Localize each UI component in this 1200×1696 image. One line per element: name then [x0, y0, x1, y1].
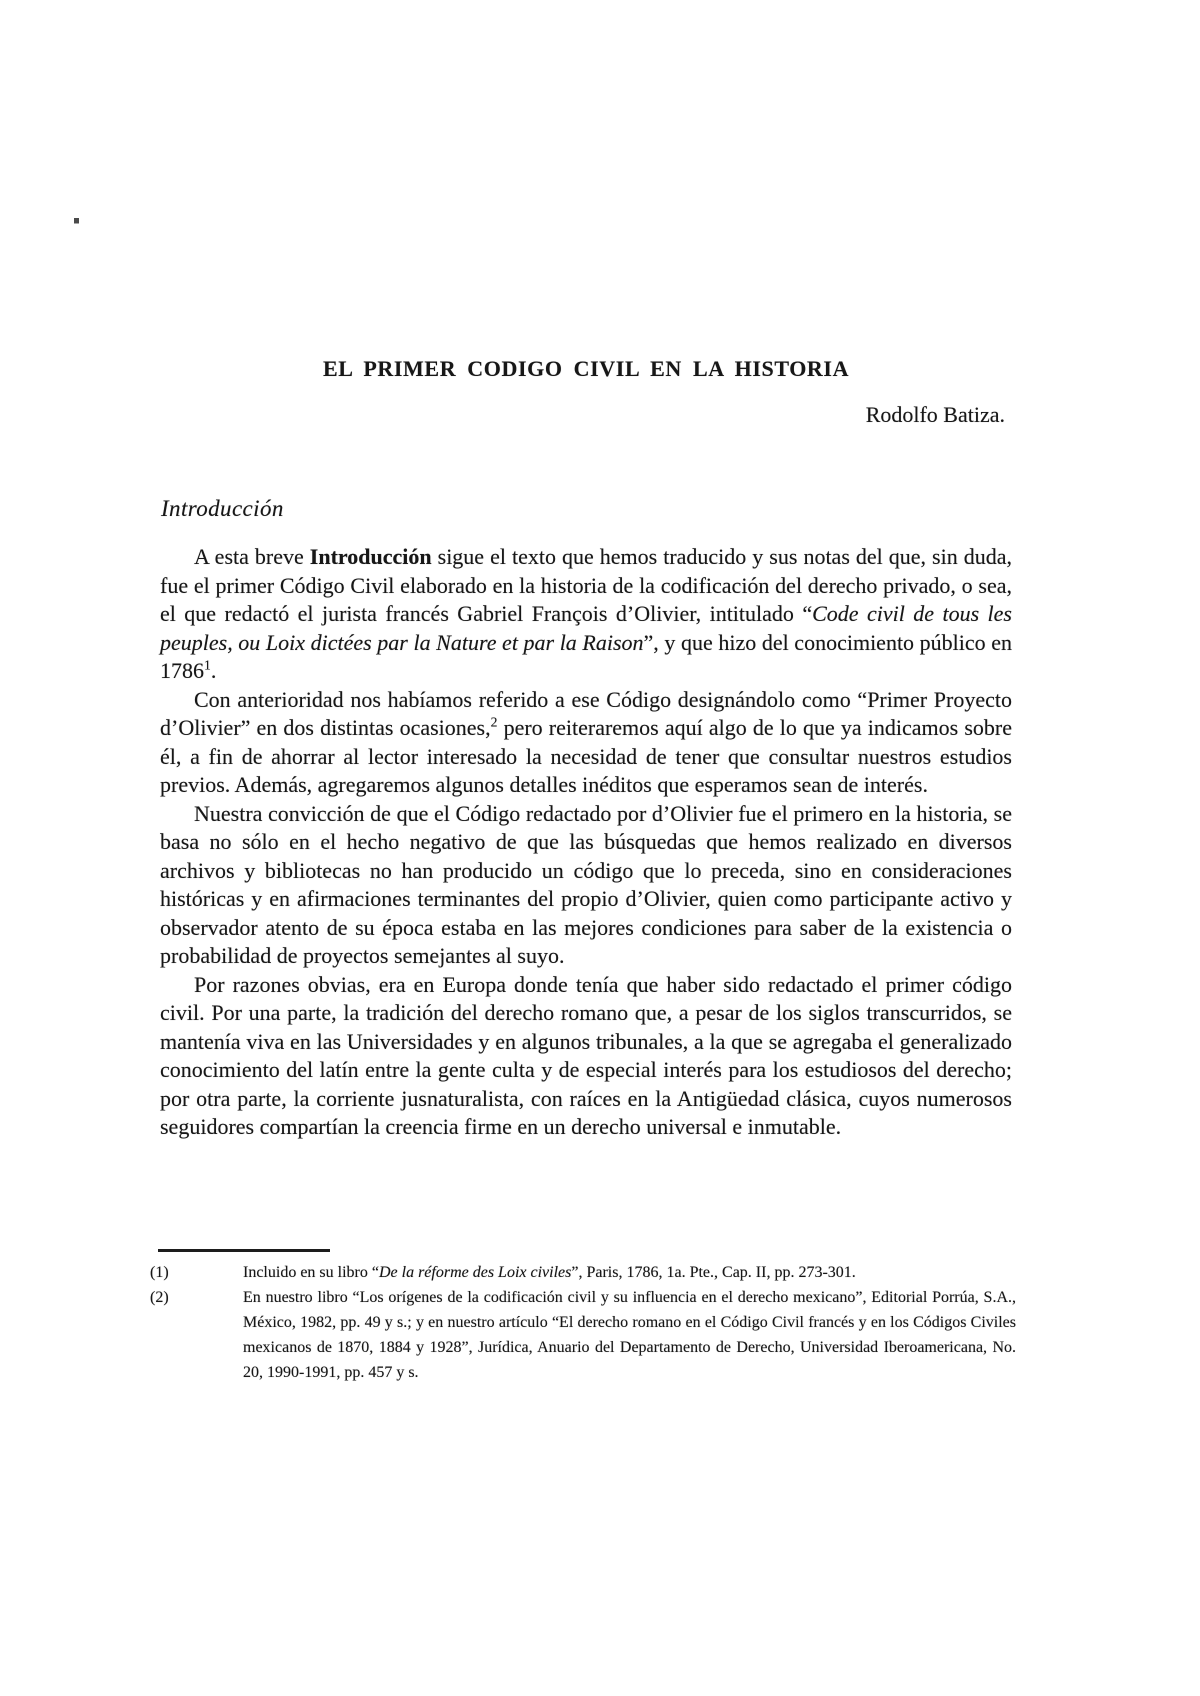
body-paragraph-4: Por razones obvias, era en Europa donde … — [160, 971, 1012, 1142]
footnote-item: (1) Incluido en su libro “De la réforme … — [148, 1260, 1016, 1285]
footnote-item: (2) En nuestro libro “Los orígenes de la… — [148, 1285, 1016, 1385]
footnote-marker: (1) — [150, 1260, 169, 1285]
article-title: EL PRIMER CODIGO CIVIL EN LA HISTORIA — [160, 356, 1012, 382]
scanned-document-page: EL PRIMER CODIGO CIVIL EN LA HISTORIA Ro… — [0, 0, 1200, 1696]
section-heading: Introducción — [161, 496, 284, 522]
body-paragraph-2: Con anterioridad nos habíamos referido a… — [160, 686, 1012, 800]
footnote-list: (1) Incluido en su libro “De la réforme … — [148, 1260, 1016, 1385]
author-name: Rodolfo Batiza. — [160, 402, 1005, 428]
footnote-text: Incluido en su libro “De la réforme des … — [243, 1264, 856, 1281]
footnote-text: En nuestro libro “Los orígenes de la cod… — [243, 1289, 1016, 1381]
scan-artifact-speck — [74, 218, 79, 223]
footnote-marker: (2) — [150, 1285, 169, 1310]
body-paragraph-3: Nuestra convicción de que el Código reda… — [160, 800, 1012, 971]
footnote-separator — [158, 1249, 330, 1252]
body-paragraph-1: A esta breve Introducción sigue el texto… — [160, 543, 1012, 686]
article-body: A esta breve Introducción sigue el texto… — [160, 543, 1012, 1142]
